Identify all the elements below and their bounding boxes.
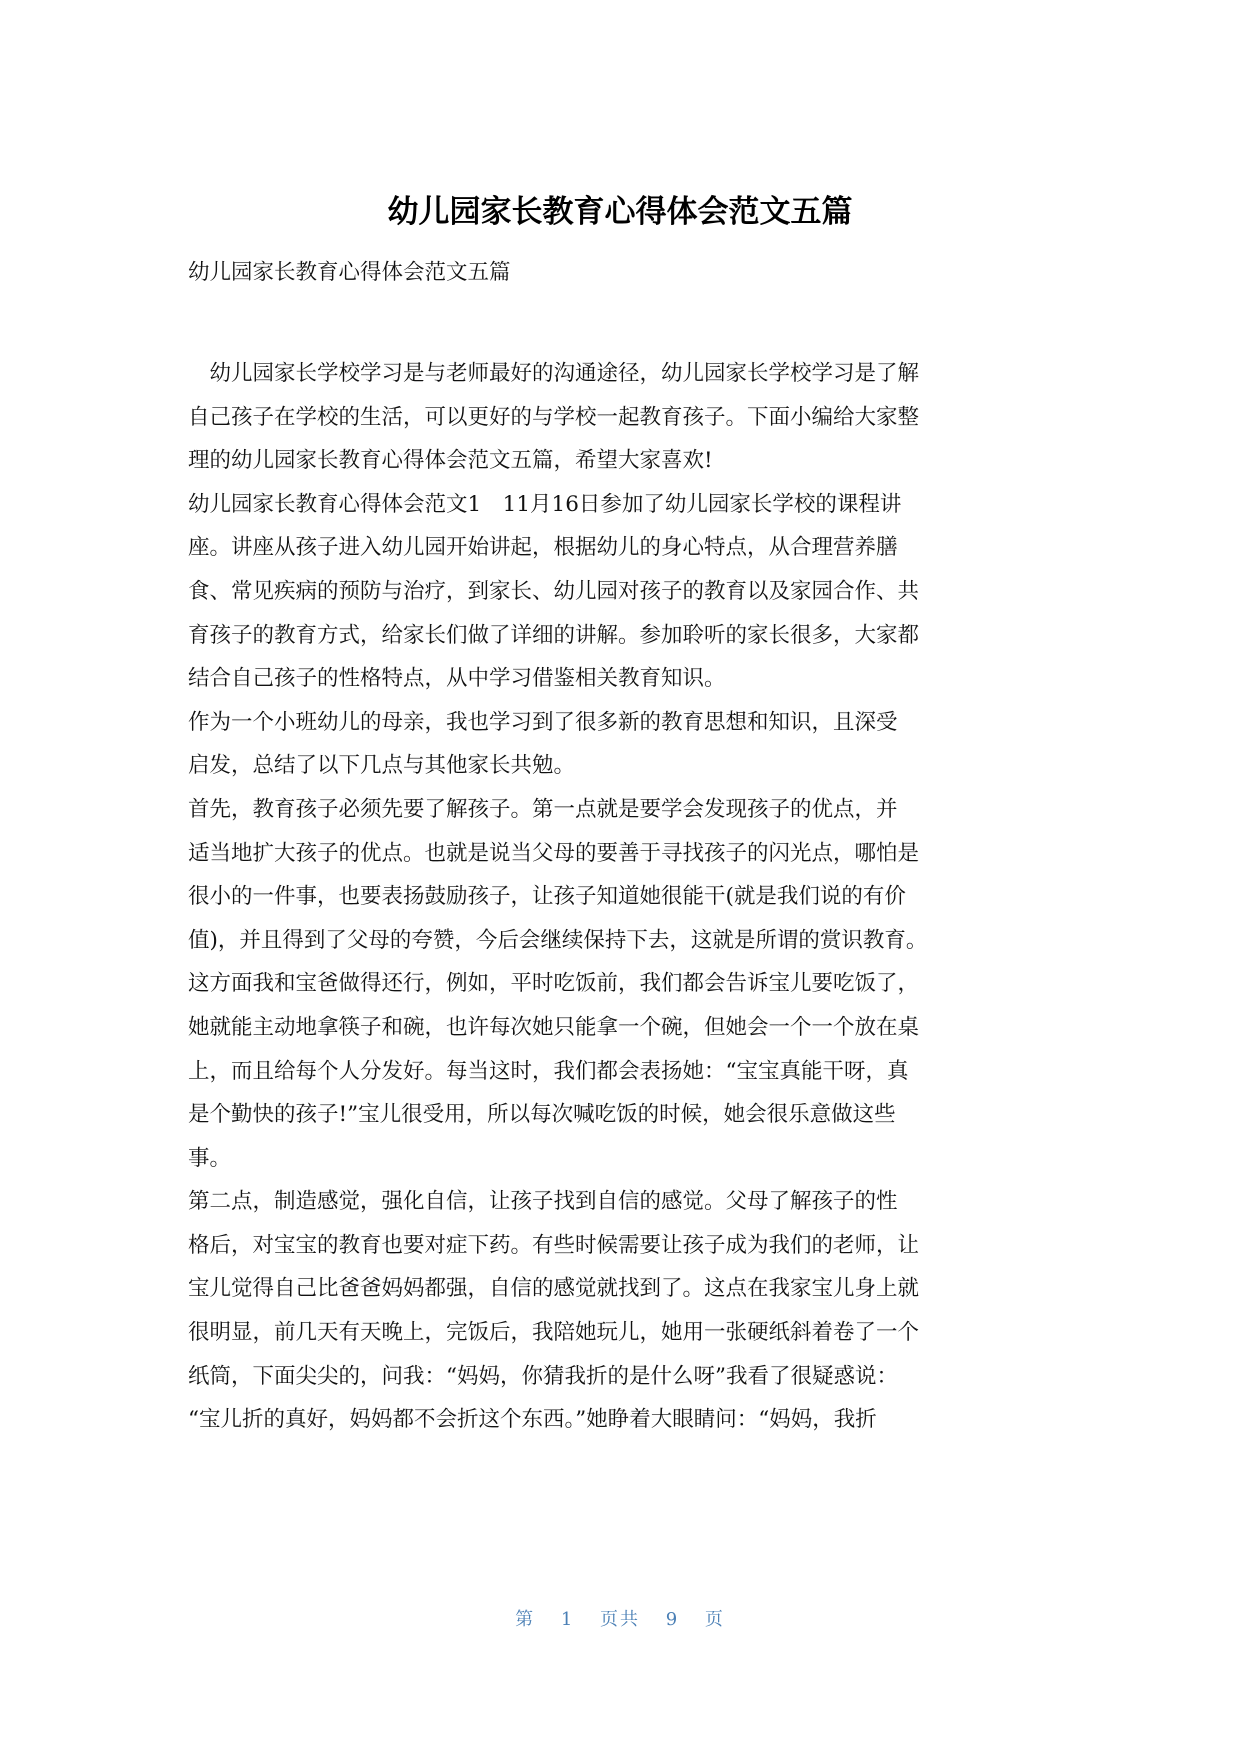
body-line: 格后，对宝宝的教育也要对症下药。有些时候需要让孩子成为我们的老师，让 (188, 1224, 1058, 1268)
document-page: 幼儿园家长教育心得体会范文五篇 幼儿园家长教育心得体会范文五篇 幼儿园家长学校学… (0, 0, 1240, 1753)
body-line: 她就能主动地拿筷子和碗，也许每次她只能拿一个碗，但她会一个一个放在桌 (188, 1006, 1058, 1050)
body-line: 适当地扩大孩子的优点。也就是说当父母的要善于寻找孩子的闪光点，哪怕是 (188, 832, 1058, 876)
footer-prefix: 第 (515, 1609, 535, 1630)
body-line: 很小的一件事，也要表扬鼓励孩子，让孩子知道她很能干(就是我们说的有价 (188, 875, 1058, 919)
body-line: 育孩子的教育方式，给家长们做了详细的讲解。参加聆听的家长很多，大家都 (188, 614, 1058, 658)
body-line: 这方面我和宝爸做得还行，例如，平时吃饭前，我们都会告诉宝儿要吃饭了， (188, 962, 1058, 1006)
body-line: 纸筒，下面尖尖的，问我：“妈妈，你猜我折的是什么呀”我看了很疑惑说： (188, 1355, 1058, 1399)
body-line: 食、常见疾病的预防与治疗，到家长、幼儿园对孩子的教育以及家园合作、共 (188, 570, 1058, 614)
body-line: 很明显，前几天有天晚上，完饭后，我陪她玩儿，她用一张硬纸斜着卷了一个 (188, 1311, 1058, 1355)
body-line: 幼儿园家长教育心得体会范文1 11月16日参加了幼儿园家长学校的课程讲 (188, 483, 1058, 527)
current-page-number: 1 (561, 1609, 574, 1630)
total-page-count: 9 (666, 1609, 679, 1630)
body-line: 座。讲座从孩子进入幼儿园开始讲起，根据幼儿的身心特点，从合理营养膳 (188, 526, 1058, 570)
document-body: 幼儿园家长学校学习是与老师最好的沟通途径，幼儿园家长学校学习是了解 自己孩子在学… (188, 352, 1058, 1442)
document-title: 幼儿园家长教育心得体会范文五篇 (0, 186, 1240, 231)
body-line: 幼儿园家长学校学习是与老师最好的沟通途径，幼儿园家长学校学习是了解 (188, 352, 1058, 396)
body-line: 作为一个小班幼儿的母亲，我也学习到了很多新的教育思想和知识，且深受 (188, 701, 1058, 745)
body-line: 自己孩子在学校的生活，可以更好的与学校一起教育孩子。下面小编给大家整 (188, 396, 1058, 440)
body-line: 值)，并且得到了父母的夸赞，今后会继续保持下去，这就是所谓的赏识教育。 (188, 919, 1058, 963)
body-line: 宝儿觉得自己比爸爸妈妈都强，自信的感觉就找到了。这点在我家宝儿身上就 (188, 1267, 1058, 1311)
body-line: 上，而且给每个人分发好。每当这时，我们都会表扬她：“宝宝真能干呀，真 (188, 1050, 1058, 1094)
body-line: 启发，总结了以下几点与其他家长共勉。 (188, 744, 1058, 788)
body-line: 理的幼儿园家长教育心得体会范文五篇，希望大家喜欢! (188, 439, 1058, 483)
document-subtitle: 幼儿园家长教育心得体会范文五篇 (188, 255, 511, 286)
body-line: 事。 (188, 1137, 1058, 1181)
page-footer: 第 1 页共 9 页 (0, 1605, 1240, 1631)
footer-middle: 页共 (600, 1609, 640, 1630)
body-line: 首先，教育孩子必须先要了解孩子。第一点就是要学会发现孩子的优点，并 (188, 788, 1058, 832)
body-line: 结合自己孩子的性格特点，从中学习借鉴相关教育知识。 (188, 657, 1058, 701)
footer-suffix: 页 (705, 1609, 725, 1630)
body-line: “宝儿折的真好，妈妈都不会折这个东西。”她睁着大眼睛问：“妈妈，我折 (188, 1398, 1058, 1442)
body-line: 是个勤快的孩子!”宝儿很受用，所以每次喊吃饭的时候，她会很乐意做这些 (188, 1093, 1058, 1137)
body-line: 第二点，制造感觉，强化自信，让孩子找到自信的感觉。父母了解孩子的性 (188, 1180, 1058, 1224)
